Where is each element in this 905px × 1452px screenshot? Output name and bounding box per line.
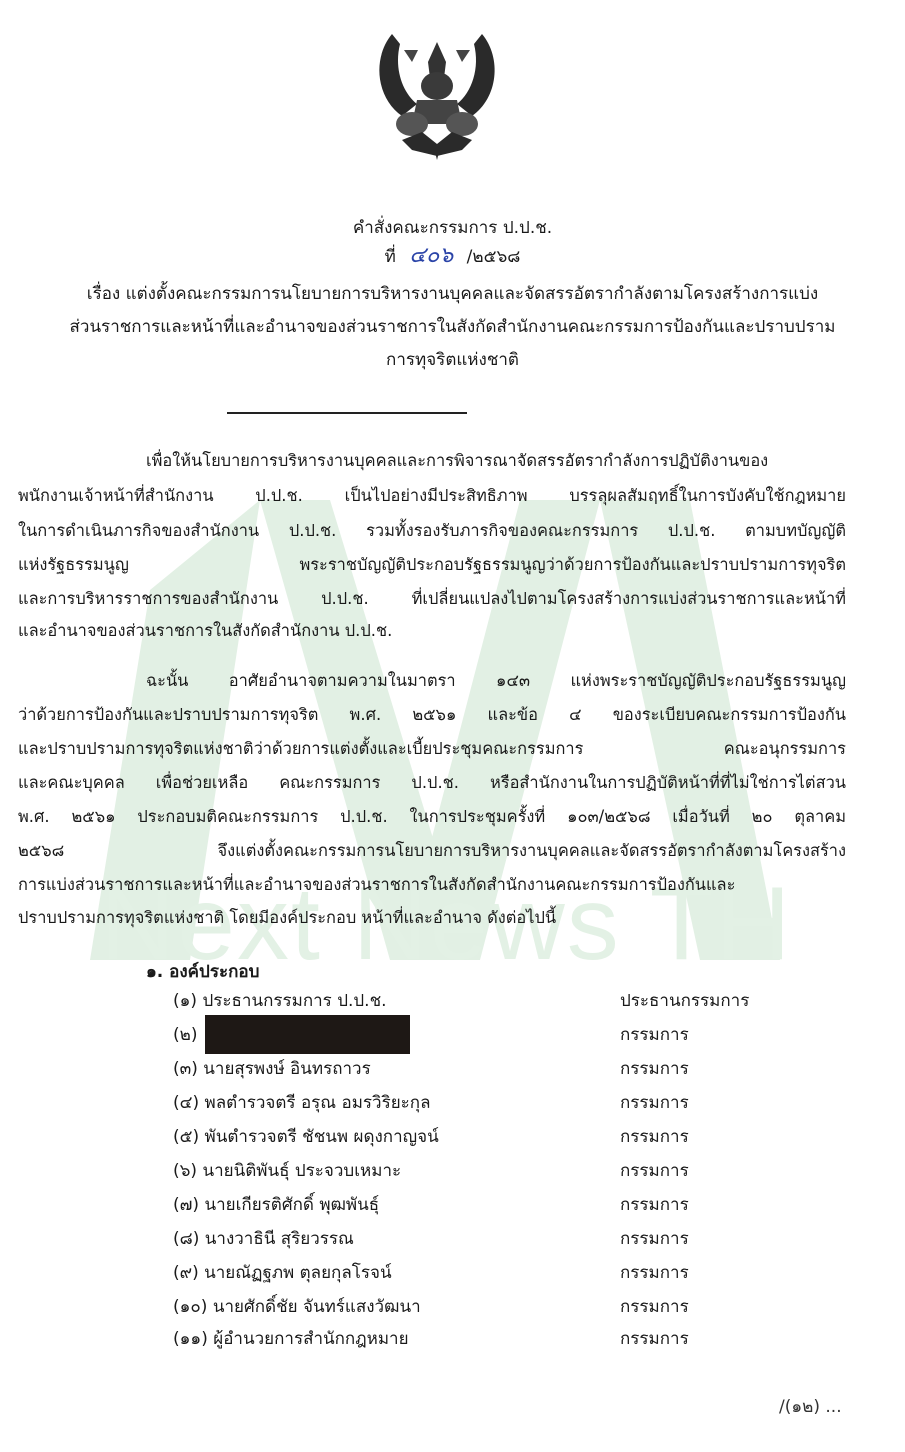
order-number: ๔๐๖	[409, 243, 453, 268]
member-item: (๗) นายเกียรติศักดิ์ พุฒพันธุ์	[173, 1194, 379, 1216]
member-role: กรรมการ	[620, 1092, 689, 1114]
subject-line-3: การทุจริตแห่งชาติ	[0, 349, 905, 371]
member-role: กรรมการ	[620, 1160, 689, 1182]
member-item: (๓) นายสุรพงษ์ อินทรถาวร	[173, 1058, 371, 1080]
member-role: กรรมการ	[620, 1126, 689, 1148]
member-role: กรรมการ	[620, 1194, 689, 1216]
garuda-emblem-icon	[362, 28, 512, 160]
member-item: (๒)	[173, 1024, 197, 1046]
member-role: กรรมการ	[620, 1228, 689, 1250]
member-role: กรรมการ	[620, 1024, 689, 1046]
para2-line-6: ๒๕๖๘ จึงแต่งตั้งคณะกรรมการนโยบายการบริหา…	[18, 840, 846, 862]
member-item: (๔) พลตำรวจตรี อรุณ อมรวิริยะกุล	[173, 1092, 431, 1114]
member-role: กรรมการ	[620, 1328, 689, 1350]
member-item: (๑) ประธานกรรมการ ป.ป.ช.	[173, 990, 387, 1012]
para2-line-1: ฉะนั้น อาศัยอำนาจตามความในมาตรา ๑๔๓ แห่ง…	[146, 670, 846, 692]
divider	[227, 412, 467, 414]
member-item: (๕) พันตำรวจตรี ชัชนพ ผดุงกาญจน์	[173, 1126, 439, 1148]
para1-line-5: และการบริหารราชการของสำนักงาน ป.ป.ช. ที่…	[18, 588, 846, 610]
para2-line-5: พ.ศ. ๒๕๖๑ ประกอบมติคณะกรรมการ ป.ป.ช. ในก…	[18, 806, 846, 828]
document-page: Next News TH คำสั่งคณะกรรมการ ป.ป.ช. ที่…	[0, 0, 905, 1452]
para1-line-4: แห่งรัฐธรรมนูญ พระราชบัญญัติประกอบรัฐธรร…	[18, 554, 846, 576]
para1-line-2: พนักงานเจ้าหน้าที่สำนักงาน ป.ป.ช. เป็นไป…	[18, 485, 846, 507]
member-role: กรรมการ	[620, 1262, 689, 1284]
order-title: คำสั่งคณะกรรมการ ป.ป.ช.	[0, 217, 905, 239]
subject-line-2: ส่วนราชการและหน้าที่และอำนาจของส่วนราชกา…	[0, 316, 905, 338]
para2-line-8: ปราบปรามการทุจริตแห่งชาติ โดยมีองค์ประกอ…	[18, 907, 846, 929]
member-item: (๑๑) ผู้อำนวยการสำนักกฎหมาย	[173, 1328, 409, 1350]
para2-line-2: ว่าด้วยการป้องกันและปราบปรามการทุจริต พ.…	[18, 704, 846, 726]
para1-line-6: และอำนาจของส่วนราชการในสังกัดสำนักงาน ป.…	[18, 620, 846, 642]
member-role: ประธานกรรมการ	[620, 990, 749, 1012]
para1-line-3: ในการดำเนินภารกิจของสำนักงาน ป.ป.ช. รวมท…	[18, 520, 846, 542]
para2-line-3: และปราบปรามการทุจริตแห่งชาติว่าด้วยการแต…	[18, 738, 846, 760]
section-composition-title: ๑. องค์ประกอบ	[146, 958, 259, 985]
para2-line-4: และคณะบุคคล เพื่อช่วยเหลือ คณะกรรมการ ป.…	[18, 772, 846, 794]
subject-line-1: เรื่อง แต่งตั้งคณะกรรมการนโยบายการบริหาร…	[0, 283, 905, 305]
member-role: กรรมการ	[620, 1058, 689, 1080]
order-prefix: ที่	[385, 247, 396, 267]
member-item: (๑๐) นายศักดิ์ชัย จันทร์แสงวัฒนา	[173, 1296, 421, 1318]
para2-line-7: การแบ่งส่วนราชการและหน้าที่และอำนาจของส่…	[18, 874, 846, 896]
member-item: (๖) นายนิติพันธุ์ ประจวบเหมาะ	[173, 1160, 401, 1182]
para1-line-1: เพื่อให้นโยบายการบริหารงานบุคคลและการพิจ…	[146, 450, 846, 472]
redaction-box	[205, 1015, 410, 1054]
member-role: กรรมการ	[620, 1296, 689, 1318]
order-year: /๒๕๖๘	[467, 247, 521, 267]
member-item: (๘) นางวาธินี สุริยวรรณ	[173, 1228, 354, 1250]
member-item: (๙) นายณัฏฐภพ ตุลยกุลโรจน์	[173, 1262, 392, 1284]
continuation-marker: /(๑๒) ...	[779, 1393, 842, 1420]
order-number-line: ที่ ๔๐๖ /๒๕๖๘	[0, 245, 905, 268]
